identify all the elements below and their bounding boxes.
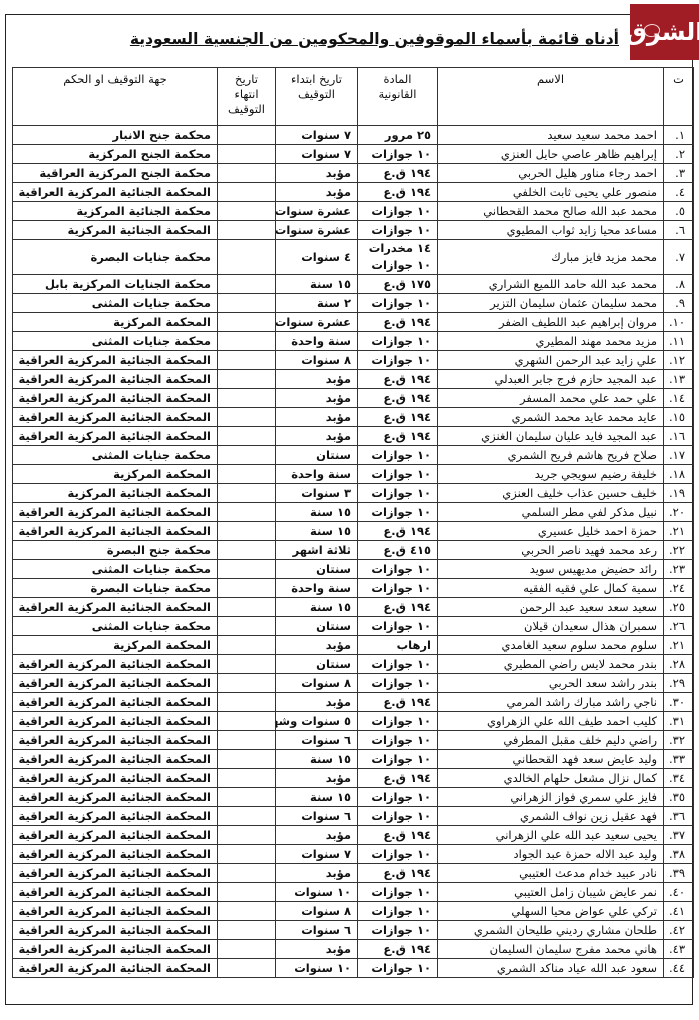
- cell-article: ١٠ جوازات: [358, 351, 438, 370]
- table-row: ١٨.خليفة رضيم سويجي جريد١٠ جوازاتسنة واح…: [13, 465, 694, 484]
- cell-num: ١١.: [664, 332, 694, 351]
- cell-court: محكمة جنايات المثنى: [13, 617, 218, 636]
- cell-court: محكمة جنح البصرة: [13, 541, 218, 560]
- cell-num: ٨.: [664, 275, 694, 294]
- cell-article: ١٤ مخدرات١٠ جوازات: [358, 240, 438, 275]
- cell-article: ١٠ جوازات: [358, 560, 438, 579]
- cell-article: ١٠ جوازات: [358, 617, 438, 636]
- cell-article: ١٩٤ ق.ع: [358, 370, 438, 389]
- cell-end: [218, 427, 276, 446]
- cell-end: [218, 313, 276, 332]
- cell-article: ١٠ جوازات: [358, 845, 438, 864]
- cell-start: مؤبد: [276, 389, 358, 408]
- cell-article: ١٠ جوازات: [358, 674, 438, 693]
- cell-end: [218, 522, 276, 541]
- table-row: ٣٦.فهد عقيل زين نواف الشمري١٠ جوازات٦ سن…: [13, 807, 694, 826]
- cell-name: عبد المجيد حازم فرج جابر العبدلي: [438, 370, 664, 389]
- cell-start: ٤ سنوات: [276, 240, 358, 275]
- cell-num: ٢٣.: [664, 560, 694, 579]
- cell-end: [218, 655, 276, 674]
- cell-start: ٨ سنوات: [276, 351, 358, 370]
- cell-court: محكمة الجنح المركزية: [13, 145, 218, 164]
- cell-name: عايد محمد عايد محمد الشمري: [438, 408, 664, 427]
- cell-end: [218, 560, 276, 579]
- cell-end: [218, 164, 276, 183]
- cell-start: ٢ سنة: [276, 294, 358, 313]
- cell-end: [218, 617, 276, 636]
- logo-text: الشرق: [625, 18, 699, 46]
- cell-name: تركي علي عواض محيا السهلي: [438, 902, 664, 921]
- cell-name: نبيل مذكر لفي مطر السلمي: [438, 503, 664, 522]
- newspaper-logo: الشرق: [630, 4, 699, 60]
- cell-article: ١٠ جوازات: [358, 202, 438, 221]
- cell-end: [218, 408, 276, 427]
- cell-end: [218, 598, 276, 617]
- cell-article: ١٩٤ ق.ع: [358, 164, 438, 183]
- cell-court: المحكمة الجنائية المركزية العراقية: [13, 902, 218, 921]
- cell-court: المحكمة الجنائية المركزية العراقية: [13, 408, 218, 427]
- cell-court: محكمة جنايات البصرة: [13, 240, 218, 275]
- cell-end: [218, 883, 276, 902]
- detainee-table: ت الاسم المادة القانونية تاريخ ابتداء ال…: [12, 67, 694, 978]
- cell-end: [218, 465, 276, 484]
- cell-num: ١٩.: [664, 484, 694, 503]
- cell-name: احمد رجاء مناور هليل الحربي: [438, 164, 664, 183]
- cell-start: ١٥ سنة: [276, 522, 358, 541]
- cell-num: ٤٠.: [664, 883, 694, 902]
- cell-start: ١٥ سنة: [276, 275, 358, 294]
- cell-court: المحكمة الجنائية المركزية العراقية: [13, 750, 218, 769]
- cell-end: [218, 446, 276, 465]
- table-row: ٢٥.سعيد سعد سعيد عبد الرحمن١٩٤ ق.ع١٥ سنة…: [13, 598, 694, 617]
- cell-name: علي زايد عبد الرحمن الشهري: [438, 351, 664, 370]
- cell-article: ١٠ جوازات: [358, 294, 438, 313]
- cell-court: محكمة جنح الانبار: [13, 126, 218, 145]
- cell-start: ٧ سنوات: [276, 145, 358, 164]
- cell-name: حمزة احمد خليل عسيري: [438, 522, 664, 541]
- cell-start: ١٠ سنوات: [276, 959, 358, 978]
- table-row: ١٠.مروان إبراهيم عبد اللطيف الضفر١٩٤ ق.ع…: [13, 313, 694, 332]
- cell-name: محمد عبد الله صالح محمد القحطاني: [438, 202, 664, 221]
- table-row: ٤٠.نمر عايض شيبان زامل العتيبي١٠ جوازات١…: [13, 883, 694, 902]
- cell-start: سنة واحدة: [276, 332, 358, 351]
- cell-name: بندر راشد سعد الحربي: [438, 674, 664, 693]
- table-row: ٢٢.رعد محمد فهيد ناصر الحربي٤١٥ ق.عثلاثة…: [13, 541, 694, 560]
- table-row: ٣٠.ناجي راشد مبارك راشد المرمي١٩٤ ق.عمؤب…: [13, 693, 694, 712]
- cell-end: [218, 351, 276, 370]
- table-row: ٢٩.بندر راشد سعد الحربي١٠ جوازات٨ سنواتا…: [13, 674, 694, 693]
- header-name: الاسم: [438, 68, 664, 126]
- cell-end: [218, 959, 276, 978]
- cell-court: محكمة جنايات البصرة: [13, 579, 218, 598]
- cell-article-line: ١٤ مخدرات: [364, 240, 431, 257]
- cell-num: ٢٦.: [664, 617, 694, 636]
- cell-article: ١٩٤ ق.ع: [358, 522, 438, 541]
- cell-court: المحكمة الجنائية المركزية العراقية: [13, 712, 218, 731]
- cell-num: ١٥.: [664, 408, 694, 427]
- cell-start: سنة واحدة: [276, 465, 358, 484]
- cell-start: سنتان: [276, 446, 358, 465]
- cell-court: محكمة جنايات المثنى: [13, 294, 218, 313]
- cell-name: خليفة رضيم سويجي جريد: [438, 465, 664, 484]
- table-row: ١٧.صلاح فريح هاشم فريح الشمري١٠ جوازاتسن…: [13, 446, 694, 465]
- cell-start: عشرة سنوات: [276, 221, 358, 240]
- table-row: ٢١.حمزة احمد خليل عسيري١٩٤ ق.ع١٥ سنةالمح…: [13, 522, 694, 541]
- cell-article: ١٠ جوازات: [358, 902, 438, 921]
- cell-num: ١٦.: [664, 427, 694, 446]
- header-court: جهة التوقيف او الحكم: [13, 68, 218, 126]
- cell-article: ١٠ جوازات: [358, 655, 438, 674]
- cell-end: [218, 183, 276, 202]
- cell-name: راضي دليم خلف مقبل المطرفي: [438, 731, 664, 750]
- cell-name: فهد عقيل زين نواف الشمري: [438, 807, 664, 826]
- cell-name: منصور علي يحيى ثابت الخلفي: [438, 183, 664, 202]
- cell-start: مؤبد: [276, 940, 358, 959]
- cell-start: ٨ سنوات: [276, 902, 358, 921]
- cell-article: ١٩٤ ق.ع: [358, 427, 438, 446]
- cell-num: ٣٩.: [664, 864, 694, 883]
- cell-name: فايز علي سمري فواز الزهراني: [438, 788, 664, 807]
- cell-name: نادر عبيد خدام مدعث العتيبي: [438, 864, 664, 883]
- cell-name: خليف حسين عذاب خليف العنزي: [438, 484, 664, 503]
- cell-start: مؤبد: [276, 636, 358, 655]
- cell-article: ١٠ جوازات: [358, 788, 438, 807]
- cell-name: نمر عايض شيبان زامل العتيبي: [438, 883, 664, 902]
- cell-article: ٤١٥ ق.ع: [358, 541, 438, 560]
- cell-name: محمد عبد الله حامد اللميع الشراري: [438, 275, 664, 294]
- cell-start: مؤبد: [276, 164, 358, 183]
- table-row: ٣٢.راضي دليم خلف مقبل المطرفي١٠ جوازات٦ …: [13, 731, 694, 750]
- cell-article: ١٩٤ ق.ع: [358, 940, 438, 959]
- cell-name: مروان إبراهيم عبد اللطيف الضفر: [438, 313, 664, 332]
- cell-name: بندر محمد لايس راضي المطيري: [438, 655, 664, 674]
- cell-name: علي حمد علي محمد المسفر: [438, 389, 664, 408]
- cell-name: وليد عايض سعد فهد القحطاني: [438, 750, 664, 769]
- cell-num: ١٧.: [664, 446, 694, 465]
- cell-start: مؤبد: [276, 826, 358, 845]
- cell-num: ١٠.: [664, 313, 694, 332]
- cell-name: احمد محمد سعيد سعيد: [438, 126, 664, 145]
- cell-num: ٢.: [664, 145, 694, 164]
- table-row: ٤.منصور علي يحيى ثابت الخلفي١٩٤ ق.عمؤبدا…: [13, 183, 694, 202]
- table-row: ٨.محمد عبد الله حامد اللميع الشراري١٧٥ ق…: [13, 275, 694, 294]
- cell-num: ٢٠.: [664, 503, 694, 522]
- cell-article: ١٠ جوازات: [358, 712, 438, 731]
- cell-court: المحكمة الجنائية المركزية العراقية: [13, 183, 218, 202]
- cell-court: محكمة جنايات المثنى: [13, 446, 218, 465]
- table-row: ١٢.علي زايد عبد الرحمن الشهري١٠ جوازات٨ …: [13, 351, 694, 370]
- cell-end: [218, 145, 276, 164]
- cell-num: ١٣.: [664, 370, 694, 389]
- table-row: ٢٨.بندر محمد لايس راضي المطيري١٠ جوازاتس…: [13, 655, 694, 674]
- cell-num: ١٤.: [664, 389, 694, 408]
- header-end: تاريخ انتهاء التوقيف: [218, 68, 276, 126]
- cell-court: المحكمة المركزية: [13, 636, 218, 655]
- cell-start: سنتان: [276, 560, 358, 579]
- table-row: ٤٣.هاني محمد مفرج سليمان السليمان١٩٤ ق.ع…: [13, 940, 694, 959]
- cell-court: المحكمة الجنائية المركزية العراقية: [13, 769, 218, 788]
- cell-article: ١٩٤ ق.ع: [358, 826, 438, 845]
- cell-start: مؤبد: [276, 693, 358, 712]
- cell-start: مؤبد: [276, 370, 358, 389]
- cell-article: ١٩٤ ق.ع: [358, 408, 438, 427]
- cell-article: ١٠ جوازات: [358, 332, 438, 351]
- cell-start: ١٥ سنة: [276, 750, 358, 769]
- cell-num: ٣١.: [664, 712, 694, 731]
- cell-start: مؤبد: [276, 408, 358, 427]
- cell-num: ٥.: [664, 202, 694, 221]
- cell-end: [218, 769, 276, 788]
- cell-end: [218, 807, 276, 826]
- cell-name: مزيد محمد مهند المطيري: [438, 332, 664, 351]
- cell-end: [218, 275, 276, 294]
- cell-article: ١٩٤ ق.ع: [358, 864, 438, 883]
- table-row: ٣٧.يحيى سعيد عبد الله علي الزهراني١٩٤ ق.…: [13, 826, 694, 845]
- cell-num: ٣٨.: [664, 845, 694, 864]
- cell-start: مؤبد: [276, 183, 358, 202]
- cell-end: [218, 332, 276, 351]
- cell-start: ٨ سنوات: [276, 674, 358, 693]
- table-row: ١١.مزيد محمد مهند المطيري١٠ جوازاتسنة وا…: [13, 332, 694, 351]
- cell-end: [218, 221, 276, 240]
- cell-start: ١٠ سنوات: [276, 883, 358, 902]
- cell-num: ٣٥.: [664, 788, 694, 807]
- cell-article: ١٠ جوازات: [358, 221, 438, 240]
- header-start: تاريخ ابتداء التوقيف: [276, 68, 358, 126]
- table-row: ٣٩.نادر عبيد خدام مدعث العتيبي١٩٤ ق.عمؤب…: [13, 864, 694, 883]
- table-row: ٢٣.رائد حضيض مديهيس سويد١٠ جوازاتسنتانمح…: [13, 560, 694, 579]
- cell-court: المحكمة الجنائية المركزية العراقية: [13, 921, 218, 940]
- cell-num: ٢١.: [664, 636, 694, 655]
- cell-name: إبراهيم ظاهر عاصي حايل العنزي: [438, 145, 664, 164]
- cell-num: ٣٢.: [664, 731, 694, 750]
- table-row: ٢١.سلوم محمد سلوم سعيد الغامديارهابمؤبدا…: [13, 636, 694, 655]
- cell-num: ٤٤.: [664, 959, 694, 978]
- cell-court: المحكمة الجنائية المركزية العراقية: [13, 731, 218, 750]
- cell-article: ١٠ جوازات: [358, 807, 438, 826]
- cell-court: محكمة جنايات المثنى: [13, 560, 218, 579]
- cell-num: ١٨.: [664, 465, 694, 484]
- cell-start: ٧ سنوات: [276, 845, 358, 864]
- cell-num: ٢٩.: [664, 674, 694, 693]
- cell-num: ٣٤.: [664, 769, 694, 788]
- cell-article: ١٠ جوازات: [358, 750, 438, 769]
- cell-end: [218, 579, 276, 598]
- cell-name: ناجي راشد مبارك راشد المرمي: [438, 693, 664, 712]
- cell-end: [218, 674, 276, 693]
- cell-court: المحكمة الجنائية المركزية العراقية: [13, 351, 218, 370]
- cell-num: ٢٢.: [664, 541, 694, 560]
- cell-end: [218, 294, 276, 313]
- cell-court: المحكمة الجنائية المركزية العراقية: [13, 693, 218, 712]
- cell-court: المحكمة الجنائية المركزية العراقية: [13, 864, 218, 883]
- cell-court: المحكمة الجنائية المركزية العراقية: [13, 427, 218, 446]
- cell-start: ثلاثة اشهر: [276, 541, 358, 560]
- cell-end: [218, 921, 276, 940]
- table-row: ١٣.عبد المجيد حازم فرج جابر العبدلي١٩٤ ق…: [13, 370, 694, 389]
- cell-court: المحكمة الجنائية المركزية العراقية: [13, 807, 218, 826]
- cell-name: سعيد سعد سعيد عبد الرحمن: [438, 598, 664, 617]
- cell-article: ١٩٤ ق.ع: [358, 769, 438, 788]
- cell-article: ١٩٤ ق.ع: [358, 183, 438, 202]
- cell-name: هاني محمد مفرج سليمان السليمان: [438, 940, 664, 959]
- cell-court: المحكمة الجنائية المركزية العراقية: [13, 883, 218, 902]
- table-row: ٢٦.سمبران هذال سعيدان قيلان١٠ جوازاتسنتا…: [13, 617, 694, 636]
- cell-start: ١٥ سنة: [276, 503, 358, 522]
- table-row: ٤١.تركي علي عواض محيا السهلي١٠ جوازات٨ س…: [13, 902, 694, 921]
- cell-name: عبد المجيد فايد عليان سليمان الغنزي: [438, 427, 664, 446]
- cell-article: ١٩٤ ق.ع: [358, 598, 438, 617]
- cell-start: عشرة سنوات: [276, 202, 358, 221]
- table-row: ٦.مساعد محيا زايد ثواب المطيوي١٠ جوازاتع…: [13, 221, 694, 240]
- cell-article: ١٠ جوازات: [358, 484, 438, 503]
- cell-court: المحكمة الجنائية المركزية: [13, 484, 218, 503]
- cell-num: ٣٣.: [664, 750, 694, 769]
- cell-end: [218, 788, 276, 807]
- table-row: ٤٢.طلحان مشاري رديني طليحان الشمري١٠ جوا…: [13, 921, 694, 940]
- table-body: ١.احمد محمد سعيد سعيد٢٥ مرور٧ سنواتمحكمة…: [13, 126, 694, 978]
- cell-court: المحكمة الجنائية المركزية العراقية: [13, 389, 218, 408]
- cell-start: ١٥ سنة: [276, 598, 358, 617]
- cell-article: ١٧٥ ق.ع: [358, 275, 438, 294]
- cell-court: المحكمة الجنائية المركزية العراقية: [13, 845, 218, 864]
- cell-num: ٣٧.: [664, 826, 694, 845]
- cell-end: [218, 731, 276, 750]
- cell-end: [218, 370, 276, 389]
- cell-start: ١٥ سنة: [276, 788, 358, 807]
- cell-article: ١٩٤ ق.ع: [358, 693, 438, 712]
- cell-start: ٥ سنوات وشهر: [276, 712, 358, 731]
- cell-article: ١٠ جوازات: [358, 503, 438, 522]
- cell-end: [218, 902, 276, 921]
- cell-end: [218, 750, 276, 769]
- cell-court: محكمة الجنح المركزية العراقية: [13, 164, 218, 183]
- cell-num: ٢٥.: [664, 598, 694, 617]
- cell-start: عشرة سنوات: [276, 313, 358, 332]
- cell-name: مساعد محيا زايد ثواب المطيوي: [438, 221, 664, 240]
- table-row: ١٤.علي حمد علي محمد المسفر١٩٤ ق.عمؤبدالم…: [13, 389, 694, 408]
- cell-court: المحكمة الجنائية المركزية العراقية: [13, 674, 218, 693]
- cell-name: كمال نزال مشعل حلهام الخالدي: [438, 769, 664, 788]
- cell-article: ١٠ جوازات: [358, 731, 438, 750]
- cell-article: ١٩٤ ق.ع: [358, 313, 438, 332]
- table-row: ٩.محمد سليمان عثمان سليمان التزير١٠ جواز…: [13, 294, 694, 313]
- cell-end: [218, 484, 276, 503]
- table-header-row: ت الاسم المادة القانونية تاريخ ابتداء ال…: [13, 68, 694, 126]
- cell-court: محكمة الجنايات المركزية بابل: [13, 275, 218, 294]
- cell-end: [218, 126, 276, 145]
- cell-num: ٩.: [664, 294, 694, 313]
- cell-article: ١٠ جوازات: [358, 921, 438, 940]
- cell-end: [218, 845, 276, 864]
- cell-court: المحكمة الجنائية المركزية العراقية: [13, 522, 218, 541]
- table-row: ٤٤.سعود عبد الله عياد مناكد الشمري١٠ جوا…: [13, 959, 694, 978]
- cell-end: [218, 389, 276, 408]
- cell-start: سنة واحدة: [276, 579, 358, 598]
- header-num: ت: [664, 68, 694, 126]
- cell-end: [218, 940, 276, 959]
- cell-name: طلحان مشاري رديني طليحان الشمري: [438, 921, 664, 940]
- table-row: ١٩.خليف حسين عذاب خليف العنزي١٠ جوازات٣ …: [13, 484, 694, 503]
- cell-article: ٢٥ مرور: [358, 126, 438, 145]
- table-row: ١.احمد محمد سعيد سعيد٢٥ مرور٧ سنواتمحكمة…: [13, 126, 694, 145]
- cell-name: سمبران هذال سعيدان قيلان: [438, 617, 664, 636]
- cell-start: ٦ سنوات: [276, 731, 358, 750]
- table-row: ٣٤.كمال نزال مشعل حلهام الخالدي١٩٤ ق.عمؤ…: [13, 769, 694, 788]
- cell-name: سمية كمال علي فقيه الفقيه: [438, 579, 664, 598]
- cell-name: رائد حضيض مديهيس سويد: [438, 560, 664, 579]
- header-article: المادة القانونية: [358, 68, 438, 126]
- cell-start: مؤبد: [276, 769, 358, 788]
- cell-num: ١٢.: [664, 351, 694, 370]
- cell-end: [218, 503, 276, 522]
- cell-start: سنتان: [276, 617, 358, 636]
- table-row: ١٦.عبد المجيد فايد عليان سليمان الغنزي١٩…: [13, 427, 694, 446]
- cell-end: [218, 693, 276, 712]
- cell-court: المحكمة الجنائية المركزية العراقية: [13, 655, 218, 674]
- cell-article-line: ١٠ جوازات: [364, 257, 431, 274]
- cell-article: ١٠ جوازات: [358, 883, 438, 902]
- cell-name: وليد عبد الاله حمزة عبد الجواد: [438, 845, 664, 864]
- table-row: ٣٥.فايز علي سمري فواز الزهراني١٠ جوازات١…: [13, 788, 694, 807]
- cell-num: ٣٠.: [664, 693, 694, 712]
- cell-start: ٣ سنوات: [276, 484, 358, 503]
- cell-end: [218, 636, 276, 655]
- table-row: ٣.احمد رجاء مناور هليل الحربي١٩٤ ق.عمؤبد…: [13, 164, 694, 183]
- cell-start: مؤبد: [276, 864, 358, 883]
- table-row: ٢٤.سمية كمال علي فقيه الفقيه١٠ جوازاتسنة…: [13, 579, 694, 598]
- cell-num: ٤.: [664, 183, 694, 202]
- cell-start: ٧ سنوات: [276, 126, 358, 145]
- cell-start: سنتان: [276, 655, 358, 674]
- cell-num: ٦.: [664, 221, 694, 240]
- cell-num: ٢٨.: [664, 655, 694, 674]
- cell-court: المحكمة الجنائية المركزية العراقية: [13, 788, 218, 807]
- cell-court: المحكمة الجنائية المركزية العراقية: [13, 940, 218, 959]
- cell-name: صلاح فريح هاشم فريح الشمري: [438, 446, 664, 465]
- cell-article: ١٠ جوازات: [358, 579, 438, 598]
- cell-num: ٤٣.: [664, 940, 694, 959]
- table-row: ٥.محمد عبد الله صالح محمد القحطاني١٠ جوا…: [13, 202, 694, 221]
- cell-num: ٣٦.: [664, 807, 694, 826]
- cell-court: المحكمة المركزية: [13, 313, 218, 332]
- cell-end: [218, 826, 276, 845]
- cell-start: مؤبد: [276, 427, 358, 446]
- cell-name: محمد سليمان عثمان سليمان التزير: [438, 294, 664, 313]
- cell-end: [218, 712, 276, 731]
- table-row: ٢.إبراهيم ظاهر عاصي حايل العنزي١٠ جوازات…: [13, 145, 694, 164]
- cell-end: [218, 541, 276, 560]
- cell-num: ٤٢.: [664, 921, 694, 940]
- cell-name: سعود عبد الله عياد مناكد الشمري: [438, 959, 664, 978]
- cell-court: المحكمة الجنائية المركزية العراقية: [13, 598, 218, 617]
- table-row: ٧.محمد مزيد فايز مبارك١٤ مخدرات١٠ جوازات…: [13, 240, 694, 275]
- table-row: ٣٣.وليد عايض سعد فهد القحطاني١٠ جوازات١٥…: [13, 750, 694, 769]
- cell-name: كليب احمد طيف الله علي الزهراوي: [438, 712, 664, 731]
- cell-start: ٦ سنوات: [276, 807, 358, 826]
- cell-court: المحكمة الجنائية المركزية العراقية: [13, 503, 218, 522]
- cell-court: محكمة الجنائية المركزية: [13, 202, 218, 221]
- cell-article: ١٠ جوازات: [358, 465, 438, 484]
- cell-num: ٤١.: [664, 902, 694, 921]
- cell-num: ٧.: [664, 240, 694, 275]
- cell-court: المحكمة الجنائية المركزية العراقية: [13, 826, 218, 845]
- cell-court: المحكمة الجنائية المركزية: [13, 221, 218, 240]
- cell-end: [218, 240, 276, 275]
- cell-num: ٢٤.: [664, 579, 694, 598]
- cell-end: [218, 864, 276, 883]
- table-row: ٢٠.نبيل مذكر لفي مطر السلمي١٠ جوازات١٥ س…: [13, 503, 694, 522]
